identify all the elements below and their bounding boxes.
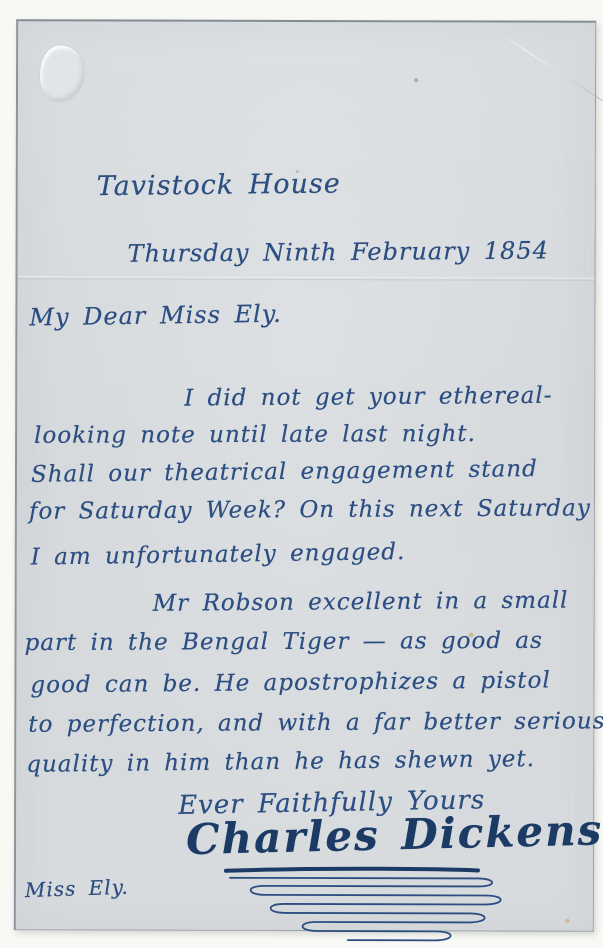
corner-crease [496,30,603,101]
letter-salutation: My Dear Miss Ely. [29,300,282,332]
fold-crease [18,276,595,281]
letter-line: to perfection, and with a far better ser… [28,708,603,738]
letter-dateline: Thursday Ninth February 1854 [127,236,549,267]
letter-line: I did not get your ethereal- [184,383,552,412]
letter-line: for Saturday Week? On this next Saturday [29,495,591,524]
paper-speck [565,919,570,923]
signature-flourish [220,865,512,948]
recipient-annotation: Miss Ely. [25,875,129,902]
letter-heading: Tavistock House [97,168,341,202]
letter-photograph: Tavistock House Thursday Ninth February … [0,0,603,948]
letter-line: I am unfortunately engaged. [31,539,406,571]
paper-speck [414,78,418,82]
letter-line: quality in him than he has shewn yet. [26,746,535,778]
embossed-seal [40,45,84,101]
letter-line: part in the Bengal Tiger — as good as [25,628,543,656]
signature: Charles Dickens [186,805,603,864]
letter-line: good can be. He apostrophizes a pistol [30,667,551,698]
letter-paper: Tavistock House Thursday Ninth February … [14,19,596,932]
letter-line: Mr Robson excellent in a small [153,588,569,617]
letter-line: Shall our theatrical engagement stand [31,456,538,488]
letter-line: looking note until late last night. [34,421,476,449]
